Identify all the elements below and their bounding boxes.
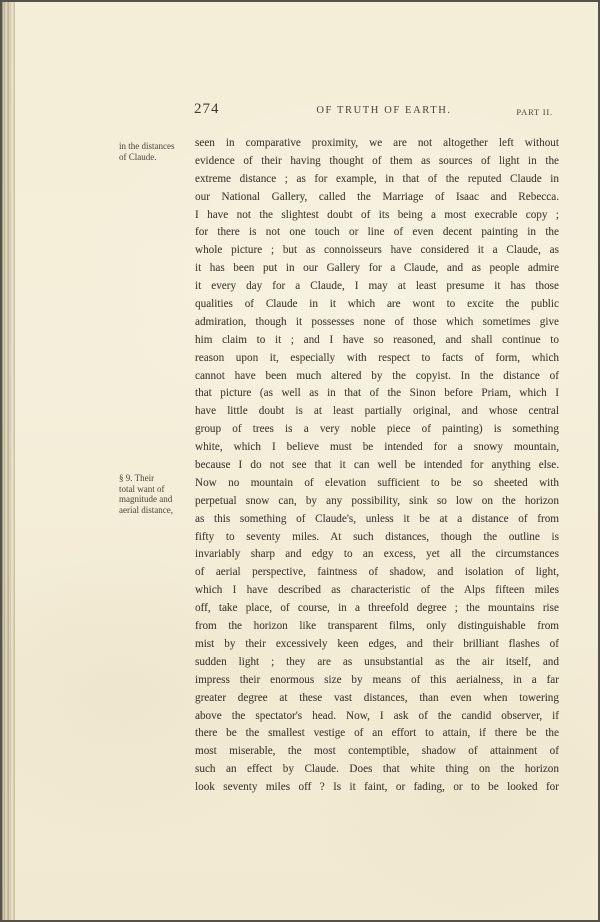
body-text-line: invariably sharp and edgy to an excess, … — [195, 546, 559, 564]
margin-note-line: of Claude. — [119, 152, 193, 163]
margin-note-section-9: § 9. Theirtotal want ofmagnitude andaeri… — [119, 473, 193, 515]
running-header-part-label: PART II. — [516, 107, 553, 117]
running-header-title: OF TRUTH OF EARTH. — [202, 105, 566, 116]
margin-note-line: § 9. Their — [119, 473, 193, 484]
body-text-line: which I have described as characteristic… — [195, 582, 559, 600]
body-text-line: evidence of their having thought of them… — [195, 153, 559, 171]
body-text-line: qualities of Claude in it which are wont… — [195, 296, 559, 314]
body-text-line: seen in comparative proximity, we are no… — [195, 135, 559, 153]
margin-note-line: magnitude and — [119, 494, 193, 505]
body-text-line: our National Gallery, called the Marriag… — [195, 189, 559, 207]
body-text-line: admiration, though it possesses none of … — [195, 314, 559, 332]
body-text-line: for there is not one touch or line of ev… — [195, 224, 559, 242]
body-text-block: seen in comparative proximity, we are no… — [195, 135, 559, 797]
body-text-line: that picture (as well as in that of the … — [195, 385, 559, 403]
body-text-line: greater degree at these vast distances, … — [195, 690, 559, 708]
body-text-line: extreme distance ; as for example, in th… — [195, 171, 559, 189]
body-text-line: reason upon it, especially with respect … — [195, 350, 559, 368]
body-text-line: group of trees is a very noble piece of … — [195, 421, 559, 439]
body-text-line: of aerial perspective, faintness of shad… — [195, 564, 559, 582]
body-text-line: most miserable, the most contemptible, s… — [195, 743, 559, 761]
body-text-line: Now no mountain of elevation sufficient … — [195, 475, 559, 493]
margin-note-line: aerial distance, — [119, 505, 193, 516]
body-text-line: perpetual snow can, by any possibility, … — [195, 493, 559, 511]
margin-note-line: in the distances — [119, 141, 193, 152]
body-text-line: whole picture ; but as connoisseurs have… — [195, 242, 559, 260]
body-text-line: such an effect by Claude. Does that whit… — [195, 761, 559, 779]
body-text-line: off, take place, of course, in a threefo… — [195, 600, 559, 618]
body-text-line: fifty to seventy miles. At such distance… — [195, 529, 559, 547]
margin-note-distances-of-claude: in the distancesof Claude. — [119, 141, 193, 162]
body-text-line: look seventy miles off ? Is it faint, or… — [195, 779, 559, 797]
body-text-line: it every day for a Claude, I may at leas… — [195, 278, 559, 296]
body-text-line: sudden light ; they are as unsubstantial… — [195, 654, 559, 672]
body-text-line: white, which I believe must be intended … — [195, 439, 559, 457]
body-text-line: it has been put in our Gallery for a Cla… — [195, 260, 559, 278]
body-text-line: him claim to it ; and I have so reasoned… — [195, 332, 559, 350]
body-text-line: have little doubt is at least partially … — [195, 403, 559, 421]
body-text-line: because I do not see that it can well be… — [195, 457, 559, 475]
body-text-line: mist by their excessively keen edges, an… — [195, 636, 559, 654]
book-spine-edge-texture — [2, 2, 15, 920]
body-text-line: impress their enormous size by means of … — [195, 672, 559, 690]
body-text-line: from the horizon like transparent films,… — [195, 618, 559, 636]
body-text-line: there be the smallest vestige of an effo… — [195, 725, 559, 743]
scanned-book-page: 274 OF TRUTH OF EARTH. PART II. in the d… — [0, 0, 600, 922]
body-text-line: I have not the slightest doubt of its be… — [195, 207, 559, 225]
body-text-line: cannot have been much altered by the cop… — [195, 368, 559, 386]
margin-note-line: total want of — [119, 484, 193, 495]
body-text-line: as this something of Claude's, unless it… — [195, 511, 559, 529]
body-text-line: above the spectator's head. Now, I ask o… — [195, 708, 559, 726]
